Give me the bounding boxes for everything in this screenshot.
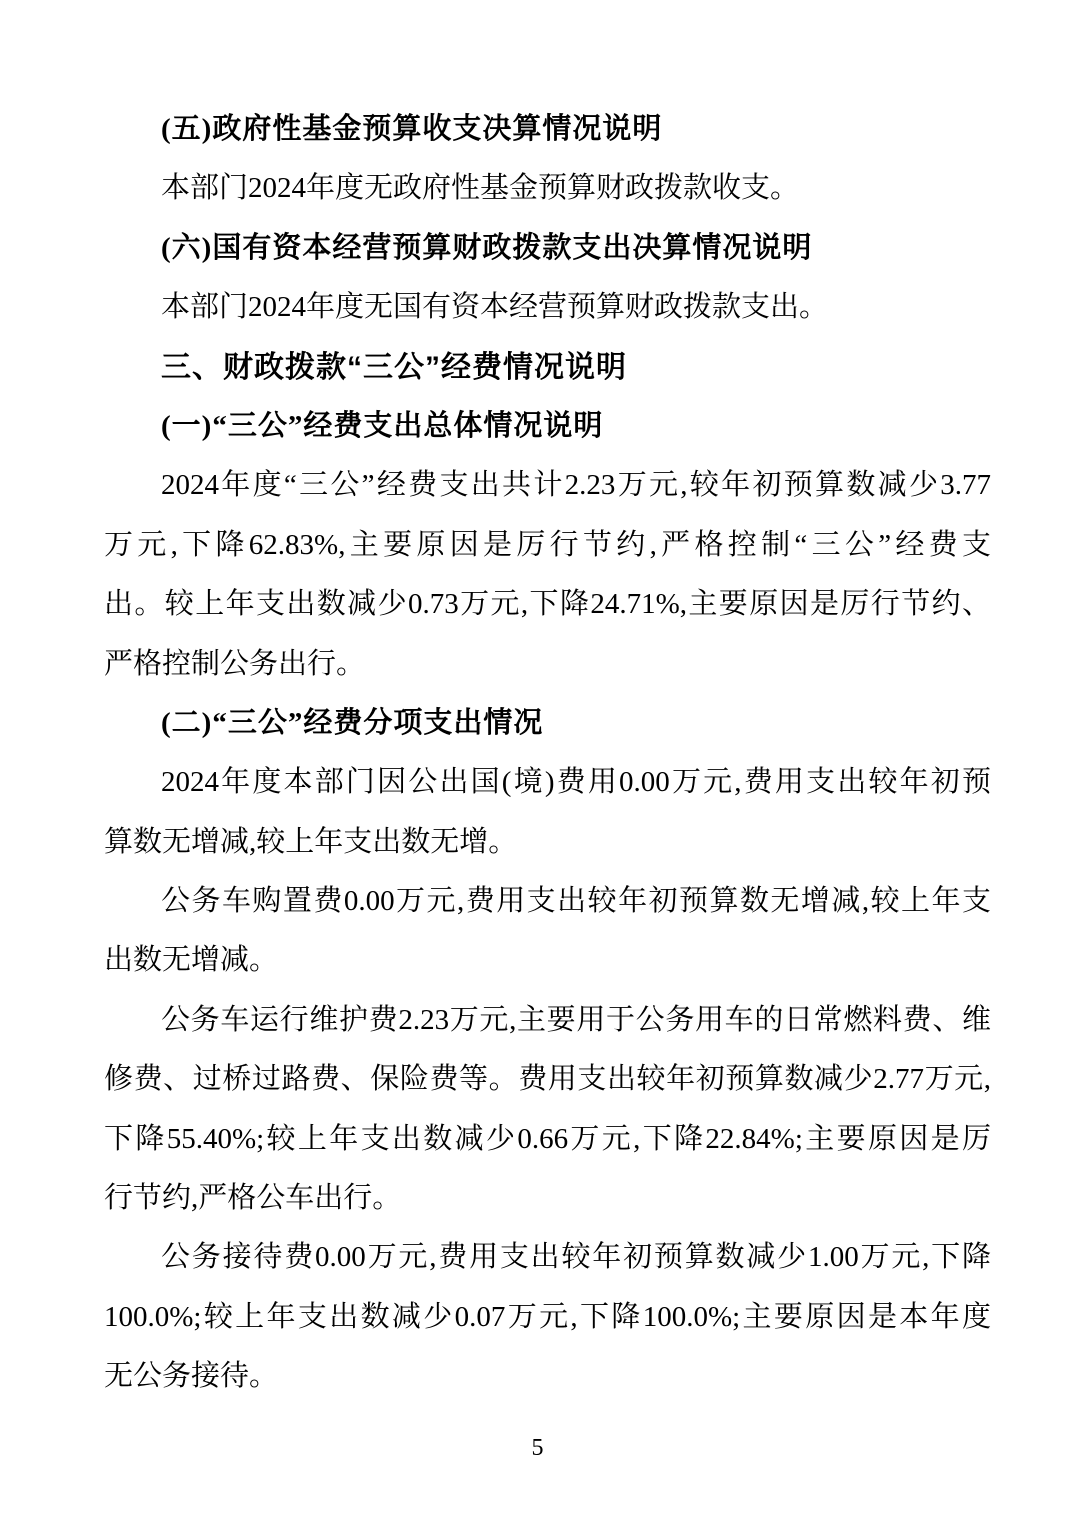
text-line: 100.0%;较上年支出数减少0.07万元,下降100.0%;主要原因是本年度	[104, 1288, 991, 1347]
document-page: (五)政府性基金预算收支决算情况说明本部门2024年度无政府性基金预算财政拨款收…	[0, 0, 1075, 1520]
text-line: 下降55.40%;较上年支出数减少0.66万元,下降22.84%;主要原因是厉	[104, 1110, 991, 1169]
text-line: 公务车购置费0.00万元,费用支出较年初预算数无增减,较上年支	[104, 872, 991, 931]
text-line: 修费、过桥过路费、保险费等。费用支出较年初预算数减少2.77万元,	[104, 1050, 991, 1109]
text-line: 本部门2024年度无政府性基金预算财政拨款收支。	[104, 159, 991, 218]
text-line: 出数无增减。	[104, 931, 991, 990]
section-heading: (一)“三公”经费支出总体情况说明	[104, 397, 991, 456]
text-line: 算数无增减,较上年支出数无增。	[104, 813, 991, 872]
text-line: 公务车运行维护费2.23万元,主要用于公务用车的日常燃料费、维	[104, 991, 991, 1050]
text-line: 2024年度“三公”经费支出共计2.23万元,较年初预算数减少3.77	[104, 456, 991, 515]
text-line: 万元,下降62.83%,主要原因是厉行节约,严格控制“三公”经费支	[104, 516, 991, 575]
text-line: 行节约,严格公车出行。	[104, 1169, 991, 1228]
section-heading: (五)政府性基金预算收支决算情况说明	[104, 100, 991, 159]
page-number: 5	[0, 1433, 1075, 1463]
text-line: 2024年度本部门因公出国(境)费用0.00万元,费用支出较年初预	[104, 753, 991, 812]
text-line: 出。较上年支出数减少0.73万元,下降24.71%,主要原因是厉行节约、	[104, 575, 991, 634]
section-heading: 三、财政拨款“三公”经费情况说明	[104, 338, 991, 397]
text-line: 无公务接待。	[104, 1347, 991, 1406]
text-line: 严格控制公务出行。	[104, 635, 991, 694]
section-heading: (六)国有资本经营预算财政拨款支出决算情况说明	[104, 219, 991, 278]
document-content: (五)政府性基金预算收支决算情况说明本部门2024年度无政府性基金预算财政拨款收…	[104, 100, 991, 1407]
text-line: 公务接待费0.00万元,费用支出较年初预算数减少1.00万元,下降	[104, 1228, 991, 1287]
section-heading: (二)“三公”经费分项支出情况	[104, 694, 991, 753]
text-line: 本部门2024年度无国有资本经营预算财政拨款支出。	[104, 278, 991, 337]
